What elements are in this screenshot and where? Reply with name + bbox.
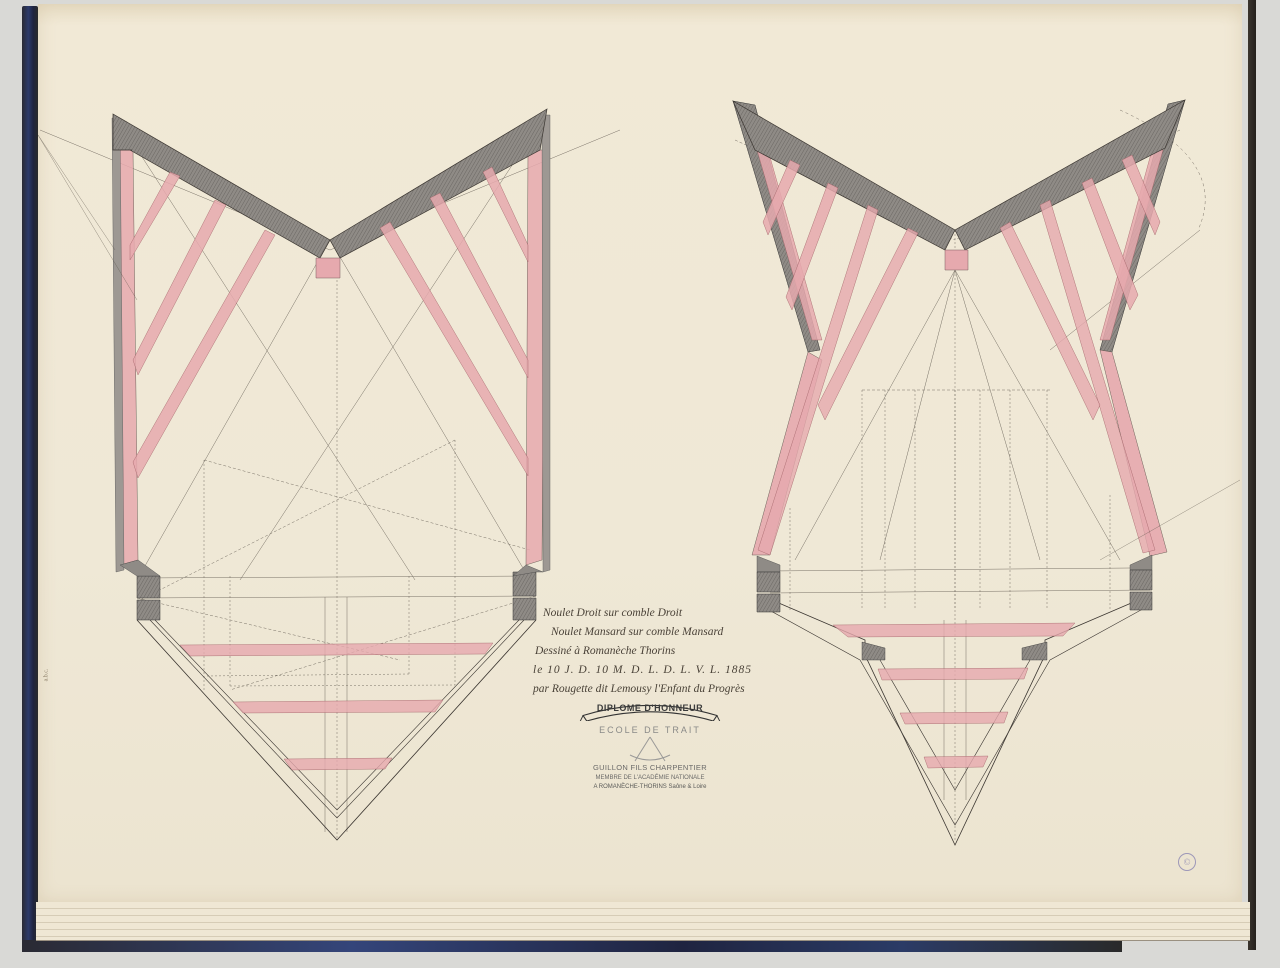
caption-line-3: Dessiné à Romanèche Thorins [533,642,793,661]
caption-line-2: Noulet Mansard sur comble Mansard [533,623,793,642]
edge-note: a.b.c. [43,669,49,682]
drawing-caption: Noulet Droit sur comble Droit Noulet Man… [533,604,793,699]
page-stack-edges [36,902,1250,941]
book-cover-left-edge [22,6,38,948]
stamp-member: MEMBRE DE L'ACADÉMIE NATIONALE [565,775,735,781]
book-cover-right-edge [1248,0,1256,950]
stamp-maker: GUILLON FILS CHARPENTIER [575,763,725,772]
stamp-school: ECOLE DE TRAIT [585,725,715,735]
stamp-ribbon-text: DIPLOME D'HONNEUR [583,703,717,713]
book-cover-bottom-edge [22,940,1122,952]
compass-square-emblem-icon [625,735,675,763]
stamp-town: A ROMANÈCHE-THORINS Saône & Loire [565,784,735,790]
right-drawing-noulet-mansard [733,100,1205,845]
diploma-stamp: DIPLOME D'HONNEUR ECOLE DE TRAIT GUILLON… [565,695,735,795]
library-stamp-mark: © [1178,853,1196,871]
caption-line-4: le 10 J. D. 10 M. D. L. D. L. V. L. 1885 [533,661,793,680]
left-drawing-noulet-droit [40,109,620,840]
caption-line-1: Noulet Droit sur comble Droit [533,604,793,623]
